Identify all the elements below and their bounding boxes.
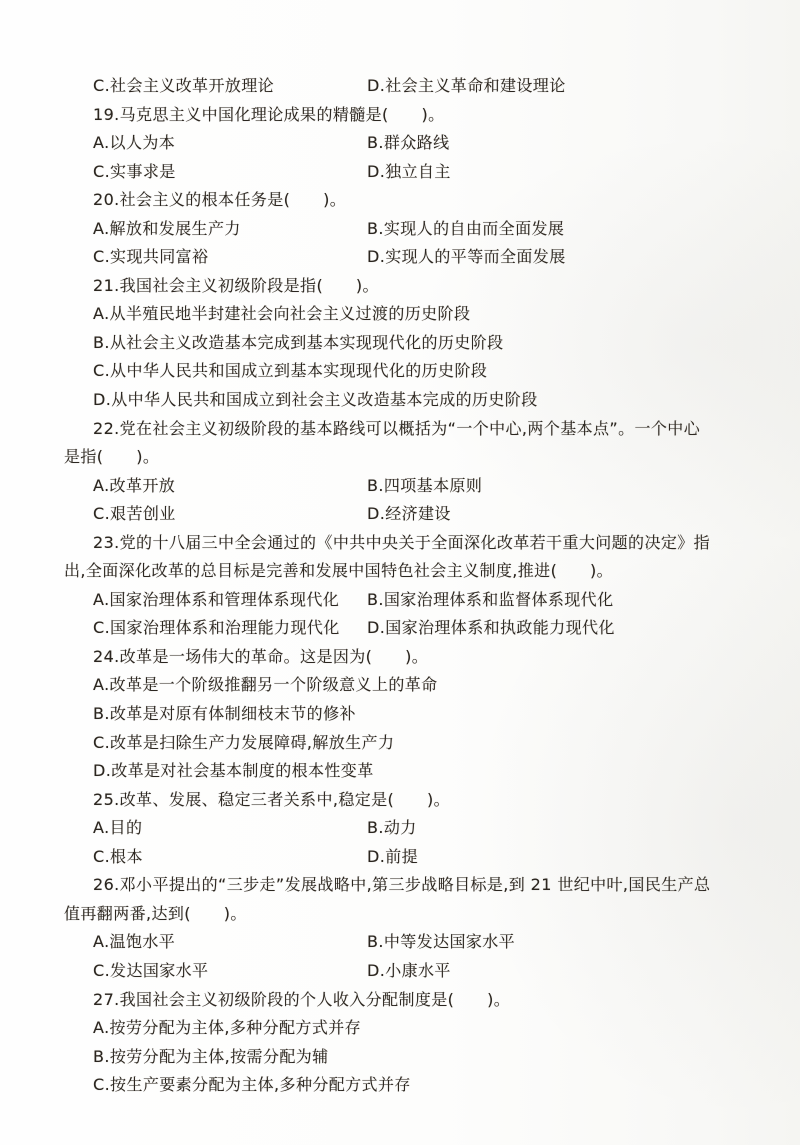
- option-cell: A.温饱水平: [93, 928, 367, 957]
- option-line: A.改革是一个阶级推翻另一个阶级意义上的革命: [0, 671, 800, 700]
- option-row: A.解放和发展生产力B.实现人的自由而全面发展: [0, 215, 800, 244]
- option-row: C.社会主义改革开放理论D.社会主义革命和建设理论: [0, 72, 800, 101]
- option-row: C.发达国家水平D.小康水平: [0, 957, 800, 986]
- option-cell: C.发达国家水平: [93, 957, 367, 986]
- option-cell: B.中等发达国家水平: [367, 928, 800, 957]
- option-line: B.从社会主义改造基本完成到基本实现现代化的历史阶段: [0, 329, 800, 358]
- question-line: 27.我国社会主义初级阶段的个人收入分配制度是( )。: [0, 986, 800, 1015]
- option-row: A.温饱水平B.中等发达国家水平: [0, 928, 800, 957]
- option-cell: A.改革开放: [93, 472, 367, 501]
- option-cell: D.独立自主: [367, 158, 800, 187]
- option-line: C.从中华人民共和国成立到基本实现现代化的历史阶段: [0, 357, 800, 386]
- option-cell: D.社会主义革命和建设理论: [367, 72, 800, 101]
- option-row: C.实事求是D.独立自主: [0, 158, 800, 187]
- option-line: B.改革是对原有体制细枝末节的修补: [0, 700, 800, 729]
- option-cell: B.国家治理体系和监督体系现代化: [367, 586, 800, 615]
- option-cell: B.实现人的自由而全面发展: [367, 215, 800, 244]
- option-cell: C.国家治理体系和治理能力现代化: [93, 614, 367, 643]
- option-line: A.按劳分配为主体,多种分配方式并存: [0, 1014, 800, 1043]
- option-row: C.实现共同富裕D.实现人的平等而全面发展: [0, 243, 800, 272]
- question-line: 24.改革是一场伟大的革命。这是因为( )。: [0, 643, 800, 672]
- option-cell: B.四项基本原则: [367, 472, 800, 501]
- option-cell: C.根本: [93, 843, 367, 872]
- option-row: A.国家治理体系和管理体系现代化B.国家治理体系和监督体系现代化: [0, 586, 800, 615]
- option-line: C.按生产要素分配为主体,多种分配方式并存: [0, 1071, 800, 1100]
- question-continuation-line: 出,全面深化改革的总目标是完善和发展中国特色社会主义制度,推进( )。: [0, 557, 800, 586]
- question-line: 21.我国社会主义初级阶段是指( )。: [0, 272, 800, 301]
- question-continuation-line: 值再翻两番,达到( )。: [0, 900, 800, 929]
- option-cell: D.前提: [367, 843, 800, 872]
- question-line: 23.党的十八届三中全会通过的《中共中央关于全面深化改革若干重大问题的决定》指: [0, 529, 800, 558]
- option-cell: C.实现共同富裕: [93, 243, 367, 272]
- option-cell: C.艰苦创业: [93, 500, 367, 529]
- question-line: 20.社会主义的根本任务是( )。: [0, 186, 800, 215]
- option-cell: A.解放和发展生产力: [93, 215, 367, 244]
- option-row: A.目的B.动力: [0, 814, 800, 843]
- option-line: A.从半殖民地半封建社会向社会主义过渡的历史阶段: [0, 300, 800, 329]
- option-cell: D.国家治理体系和执政能力现代化: [367, 614, 800, 643]
- option-line: D.改革是对社会基本制度的根本性变革: [0, 757, 800, 786]
- option-cell: A.目的: [93, 814, 367, 843]
- option-cell: D.经济建设: [367, 500, 800, 529]
- option-cell: A.以人为本: [93, 129, 367, 158]
- option-cell: B.群众路线: [367, 129, 800, 158]
- question-line: 19.马克思主义中国化理论成果的精髓是( )。: [0, 101, 800, 130]
- question-line: 26.邓小平提出的“三步走”发展战略中,第三步战略目标是,到 21 世纪中叶,国…: [0, 871, 800, 900]
- option-row: A.以人为本B.群众路线: [0, 129, 800, 158]
- option-cell: C.社会主义改革开放理论: [93, 72, 367, 101]
- option-line: C.改革是扫除生产力发展障碍,解放生产力: [0, 729, 800, 758]
- option-line: B.按劳分配为主体,按需分配为辅: [0, 1043, 800, 1072]
- question-line: 25.改革、发展、稳定三者关系中,稳定是( )。: [0, 786, 800, 815]
- option-cell: C.实事求是: [93, 158, 367, 187]
- option-row: C.国家治理体系和治理能力现代化D.国家治理体系和执政能力现代化: [0, 614, 800, 643]
- option-cell: B.动力: [367, 814, 800, 843]
- option-row: C.根本D.前提: [0, 843, 800, 872]
- option-cell: A.国家治理体系和管理体系现代化: [93, 586, 367, 615]
- scanned-exam-page: C.社会主义改革开放理论D.社会主义革命和建设理论19.马克思主义中国化理论成果…: [0, 0, 800, 1145]
- option-row: C.艰苦创业D.经济建设: [0, 500, 800, 529]
- question-continuation-line: 是指( )。: [0, 443, 800, 472]
- option-cell: D.实现人的平等而全面发展: [367, 243, 800, 272]
- document-lines: C.社会主义改革开放理论D.社会主义革命和建设理论19.马克思主义中国化理论成果…: [0, 72, 800, 1100]
- option-cell: D.小康水平: [367, 957, 800, 986]
- option-line: D.从中华人民共和国成立到社会主义改造基本完成的历史阶段: [0, 386, 800, 415]
- question-line: 22.党在社会主义初级阶段的基本路线可以概括为“一个中心,两个基本点”。一个中心: [0, 415, 800, 444]
- option-row: A.改革开放B.四项基本原则: [0, 472, 800, 501]
